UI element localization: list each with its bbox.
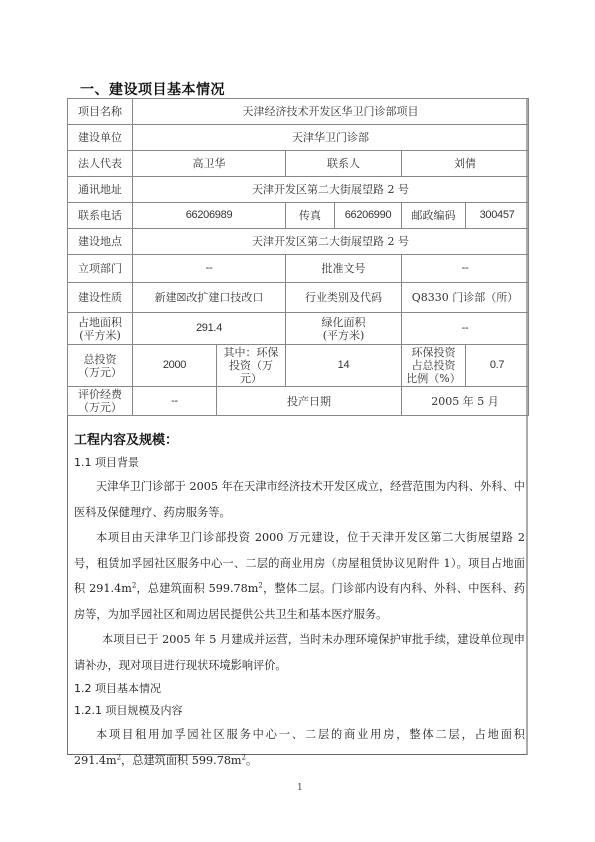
row-builder: 建设单位 天津华卫门诊部 bbox=[68, 125, 529, 151]
value-land-area: 291.4 bbox=[133, 313, 286, 345]
value-project-name: 天津经济技术开发区华卫门诊部项目 bbox=[133, 99, 529, 125]
label-postcode: 邮政编码 bbox=[402, 203, 466, 229]
row-investment: 总投资（万元） 2000 其中：环保投资（万元） 14 环保投资占总投资比例（%… bbox=[68, 345, 529, 387]
value-nature: 新建☒改扩建口技改口 bbox=[133, 283, 286, 313]
row-project-name: 项目名称 天津经济技术开发区华卫门诊部项目 bbox=[68, 99, 529, 125]
row-eval-fee: 评价经费（万元） -- 投产日期 2005 年 5 月 bbox=[68, 387, 529, 416]
label-line: 环保投资 bbox=[404, 346, 463, 359]
value-fax: 66206990 bbox=[335, 203, 402, 229]
section-title: 一、建设项目基本情况 bbox=[80, 79, 225, 99]
value-legal-rep: 高卫华 bbox=[133, 151, 286, 177]
value-env-investment: 14 bbox=[286, 345, 402, 387]
label-project-name: 项目名称 bbox=[68, 99, 133, 125]
label-fax: 传真 bbox=[286, 203, 335, 229]
row-land-area: 占地面积(平方米) 291.4 绿化面积(平方米) -- bbox=[68, 313, 529, 345]
label-address: 通讯地址 bbox=[68, 177, 133, 203]
label-line: （万元） bbox=[70, 366, 130, 379]
label-line: 元） bbox=[219, 372, 283, 385]
text-run: ，总建筑面积 599.78m bbox=[136, 582, 258, 595]
label-line: 绿化面积 bbox=[288, 316, 399, 329]
value-approval-dept: -- bbox=[133, 255, 286, 283]
label-production-date: 投产日期 bbox=[217, 387, 402, 416]
paragraph-scale: 本项目租用加孚园社区服务中心一、二层的商业用房，整体二层，占地面积 291.4m… bbox=[74, 722, 525, 773]
label-site: 建设地点 bbox=[68, 229, 133, 255]
label-eval-fee: 评价经费（万元） bbox=[68, 387, 133, 416]
label-line: 投资（万 bbox=[219, 359, 283, 372]
label-industry: 行业类别及代码 bbox=[286, 283, 402, 313]
value-industry: Q8330 门诊部（所） bbox=[402, 283, 529, 313]
value-postcode: 300457 bbox=[466, 203, 529, 229]
paragraph-background: 天津华卫门诊部于 2005 年在天津市经济技术开发区成立，经营范围为内科、外科、… bbox=[74, 474, 525, 525]
subsection-1-2-1: 1.2.1 项目规模及内容 bbox=[74, 700, 525, 722]
label-env-ratio: 环保投资占总投资比例（%） bbox=[402, 345, 466, 387]
label-line: 评价经费 bbox=[70, 388, 130, 401]
label-line: (平方米) bbox=[70, 329, 130, 342]
value-eval-fee: -- bbox=[133, 387, 217, 416]
label-approval-no: 批准文号 bbox=[286, 255, 402, 283]
value-address: 天津开发区第二大街展望路 2 号 bbox=[133, 177, 529, 203]
label-legal-rep: 法人代表 bbox=[68, 151, 133, 177]
label-total-investment: 总投资（万元） bbox=[68, 345, 133, 387]
row-legal-rep: 法人代表 高卫华 联系人 刘倩 bbox=[68, 151, 529, 177]
value-production-date: 2005 年 5 月 bbox=[402, 387, 529, 416]
label-line: （万元） bbox=[70, 401, 130, 414]
paragraph-investment: 本项目由天津华卫门诊部投资 2000 万元建设，位于天津开发区第二大街展望路 2… bbox=[74, 525, 525, 627]
row-site: 建设地点 天津开发区第二大街展望路 2 号 bbox=[68, 229, 529, 255]
value-total-investment: 2000 bbox=[133, 345, 217, 387]
label-land-area: 占地面积(平方米) bbox=[68, 313, 133, 345]
label-approval-dept: 立项部门 bbox=[68, 255, 133, 283]
row-nature: 建设性质 新建☒改扩建口技改口 行业类别及代码 Q8330 门诊部（所） bbox=[68, 283, 529, 313]
label-phone: 联系电话 bbox=[68, 203, 133, 229]
label-line: 其中：环保 bbox=[219, 346, 283, 359]
label-contact: 联系人 bbox=[286, 151, 402, 177]
row-approval: 立项部门 -- 批准文号 -- bbox=[68, 255, 529, 283]
value-phone: 66206989 bbox=[133, 203, 286, 229]
value-site: 天津开发区第二大街展望路 2 号 bbox=[133, 229, 529, 255]
row-address: 通讯地址 天津开发区第二大街展望路 2 号 bbox=[68, 177, 529, 203]
value-approval-no: -- bbox=[402, 255, 529, 283]
value-builder: 天津华卫门诊部 bbox=[133, 125, 529, 151]
project-info-table: 项目名称 天津经济技术开发区华卫门诊部项目 建设单位 天津华卫门诊部 法人代表 … bbox=[67, 98, 529, 416]
label-line: 占地面积 bbox=[70, 316, 130, 329]
subsection-1-2: 1.2 项目基本情况 bbox=[74, 678, 525, 700]
value-contact: 刘倩 bbox=[402, 151, 529, 177]
label-green-area: 绿化面积(平方米) bbox=[286, 313, 402, 345]
page-number: 1 bbox=[297, 783, 303, 793]
paragraph-status: 本项目已于 2005 年 5 月建成并运营，当时未办理环境保护审批手续，建设单位… bbox=[74, 627, 525, 678]
label-line: 总投资 bbox=[70, 353, 130, 366]
subsection-1-1: 1.1 项目背景 bbox=[74, 452, 525, 474]
value-green-area: -- bbox=[402, 313, 529, 345]
value-env-ratio: 0.7 bbox=[466, 345, 529, 387]
row-phone: 联系电话 66206989 传真 66206990 邮政编码 300457 bbox=[68, 203, 529, 229]
label-nature: 建设性质 bbox=[68, 283, 133, 313]
project-content: 工程内容及规模： 1.1 项目背景 天津华卫门诊部于 2005 年在天津市经济技… bbox=[69, 430, 525, 773]
label-line: 占总投资 bbox=[404, 359, 463, 372]
label-line: (平方米) bbox=[288, 329, 399, 342]
label-env-investment: 其中：环保投资（万元） bbox=[217, 345, 286, 387]
label-line: 比例（%） bbox=[404, 372, 463, 385]
text-run: ，总建筑面积 599.78m bbox=[121, 754, 241, 767]
text-run: 。 bbox=[246, 754, 257, 767]
content-title: 工程内容及规模： bbox=[74, 430, 525, 452]
label-builder: 建设单位 bbox=[68, 125, 133, 151]
